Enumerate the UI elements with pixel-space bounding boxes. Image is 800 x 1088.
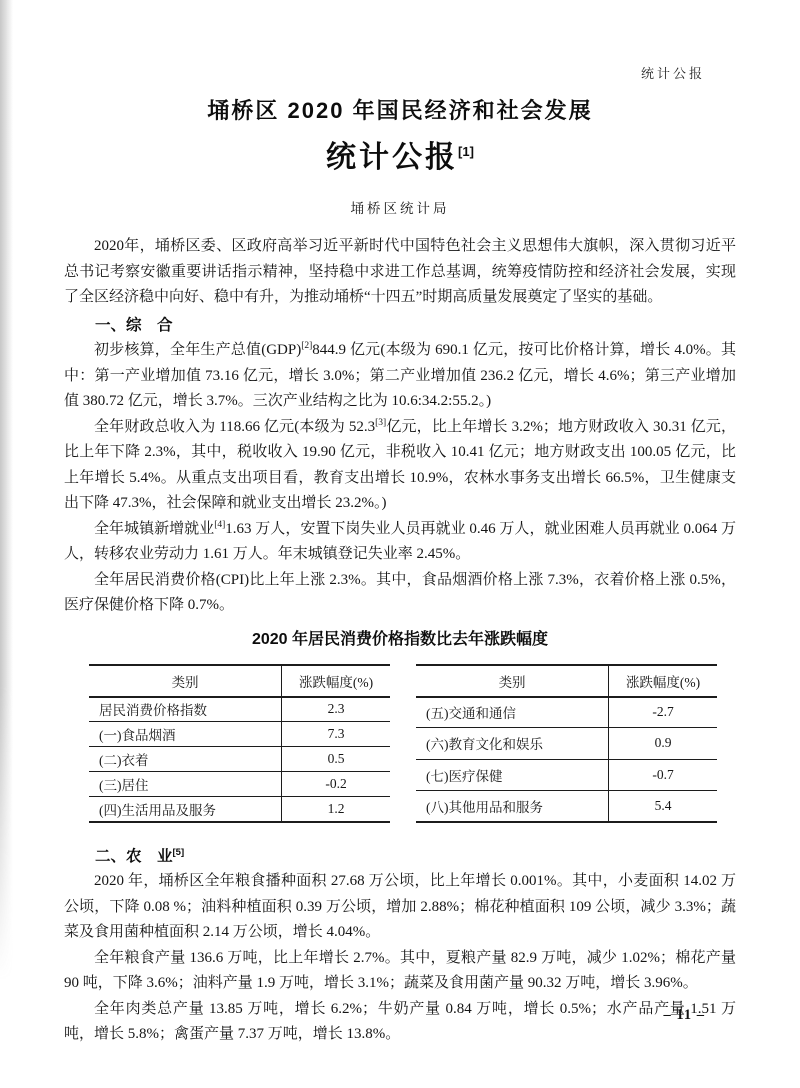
document-title-line1: 埇桥区 2020 年国民经济和社会发展 bbox=[64, 94, 736, 125]
paragraph-grain-output: 全年粮食产量 136.6 万吨，比上年增长 2.7%。其中，夏粮产量 82.9 … bbox=[64, 946, 736, 997]
document-page: 统计公报 埇桥区 2020 年国民经济和社会发展 统计公报[1] 埇桥区统计局 … bbox=[0, 0, 800, 1088]
section1-heading: 一、综 合 bbox=[64, 313, 736, 339]
table-row: (二)衣着0.5 bbox=[89, 747, 390, 772]
paragraph-cpi: 全年居民消费价格(CPI)比上年上涨 2.3%。其中，食品烟酒价格上涨 7.3%… bbox=[64, 568, 736, 619]
table-row: (八)其他用品和服务5.4 bbox=[416, 790, 717, 821]
author-line: 埇桥区统计局 bbox=[64, 197, 736, 217]
footnote-marker-4: [4] bbox=[214, 520, 225, 530]
column-header-change: 涨跌幅度(%) bbox=[609, 665, 717, 697]
intro-paragraph: 2020年，埇桥区委、区政府高举习近平新时代中国特色社会主义思想伟大旗帜，深入贯… bbox=[64, 234, 736, 311]
footnote-marker-3: [3] bbox=[375, 418, 386, 428]
title-text: 统计公报 bbox=[326, 141, 458, 174]
table-row: (四)生活用品及服务1.2 bbox=[89, 797, 390, 822]
scan-shadow-left bbox=[0, 0, 13, 980]
running-header: 统计公报 bbox=[64, 0, 736, 82]
page-number: – 11 – bbox=[664, 1007, 705, 1024]
column-header-category: 类别 bbox=[416, 665, 609, 697]
table-header-row: 类别 涨跌幅度(%) bbox=[416, 665, 717, 697]
table-header-row: 类别 涨跌幅度(%) bbox=[89, 665, 390, 697]
fiscal-text: 全年财政总收入为 118.66 亿元(本级为 52.3 bbox=[94, 419, 375, 435]
section2-heading: 二、农 业[5] bbox=[64, 844, 736, 870]
cpi-table-title: 2020 年居民消费价格指数比去年涨跌幅度 bbox=[64, 628, 736, 652]
page-content: 统计公报 埇桥区 2020 年国民经济和社会发展 统计公报[1] 埇桥区统计局 … bbox=[64, 0, 736, 1048]
footnote-marker-1: [1] bbox=[458, 144, 474, 159]
column-header-change: 涨跌幅度(%) bbox=[282, 665, 390, 697]
paragraph-livestock: 全年肉类总产量 13.85 万吨，增长 6.2%；牛奶产量 0.84 万吨，增长… bbox=[64, 997, 736, 1048]
section2-heading-text: 二、农 业 bbox=[95, 848, 173, 865]
employment-text: 全年城镇新增就业 bbox=[94, 521, 214, 537]
paragraph-sown-area: 2020 年，埇桥区全年粮食播种面积 27.68 万公顷，比上年增长 0.001… bbox=[64, 869, 736, 946]
footnote-marker-5: [5] bbox=[173, 846, 185, 857]
column-header-category: 类别 bbox=[89, 665, 282, 697]
table-row: (七)医疗保健-0.7 bbox=[416, 759, 717, 790]
cpi-table-left: 类别 涨跌幅度(%) 居民消费价格指数2.3 (一)食品烟酒7.3 (二)衣着0… bbox=[89, 664, 390, 823]
paragraph-gdp: 初步核算，全年生产总值(GDP)[2]844.9 亿元(本级为 690.1 亿元… bbox=[64, 338, 736, 415]
document-title-line2: 统计公报[1] bbox=[64, 132, 736, 176]
paragraph-fiscal: 全年财政总收入为 118.66 亿元(本级为 52.3[3]亿元，比上年增长 3… bbox=[64, 415, 736, 517]
cpi-table-right: 类别 涨跌幅度(%) (五)交通和通信-2.7 (六)教育文化和娱乐0.9 (七… bbox=[416, 664, 717, 823]
footnote-marker-2: [2] bbox=[301, 341, 312, 351]
cpi-table: 类别 涨跌幅度(%) 居民消费价格指数2.3 (一)食品烟酒7.3 (二)衣着0… bbox=[89, 664, 717, 823]
table-row: (五)交通和通信-2.7 bbox=[416, 697, 717, 728]
table-row: (六)教育文化和娱乐0.9 bbox=[416, 728, 717, 759]
table-row: 居民消费价格指数2.3 bbox=[89, 697, 390, 722]
gdp-text: 初步核算，全年生产总值(GDP) bbox=[94, 342, 301, 358]
paragraph-employment: 全年城镇新增就业[4]1.63 万人，安置下岗失业人员再就业 0.46 万人，就… bbox=[64, 517, 736, 568]
table-row: (三)居住-0.2 bbox=[89, 772, 390, 797]
table-row: (一)食品烟酒7.3 bbox=[89, 722, 390, 747]
